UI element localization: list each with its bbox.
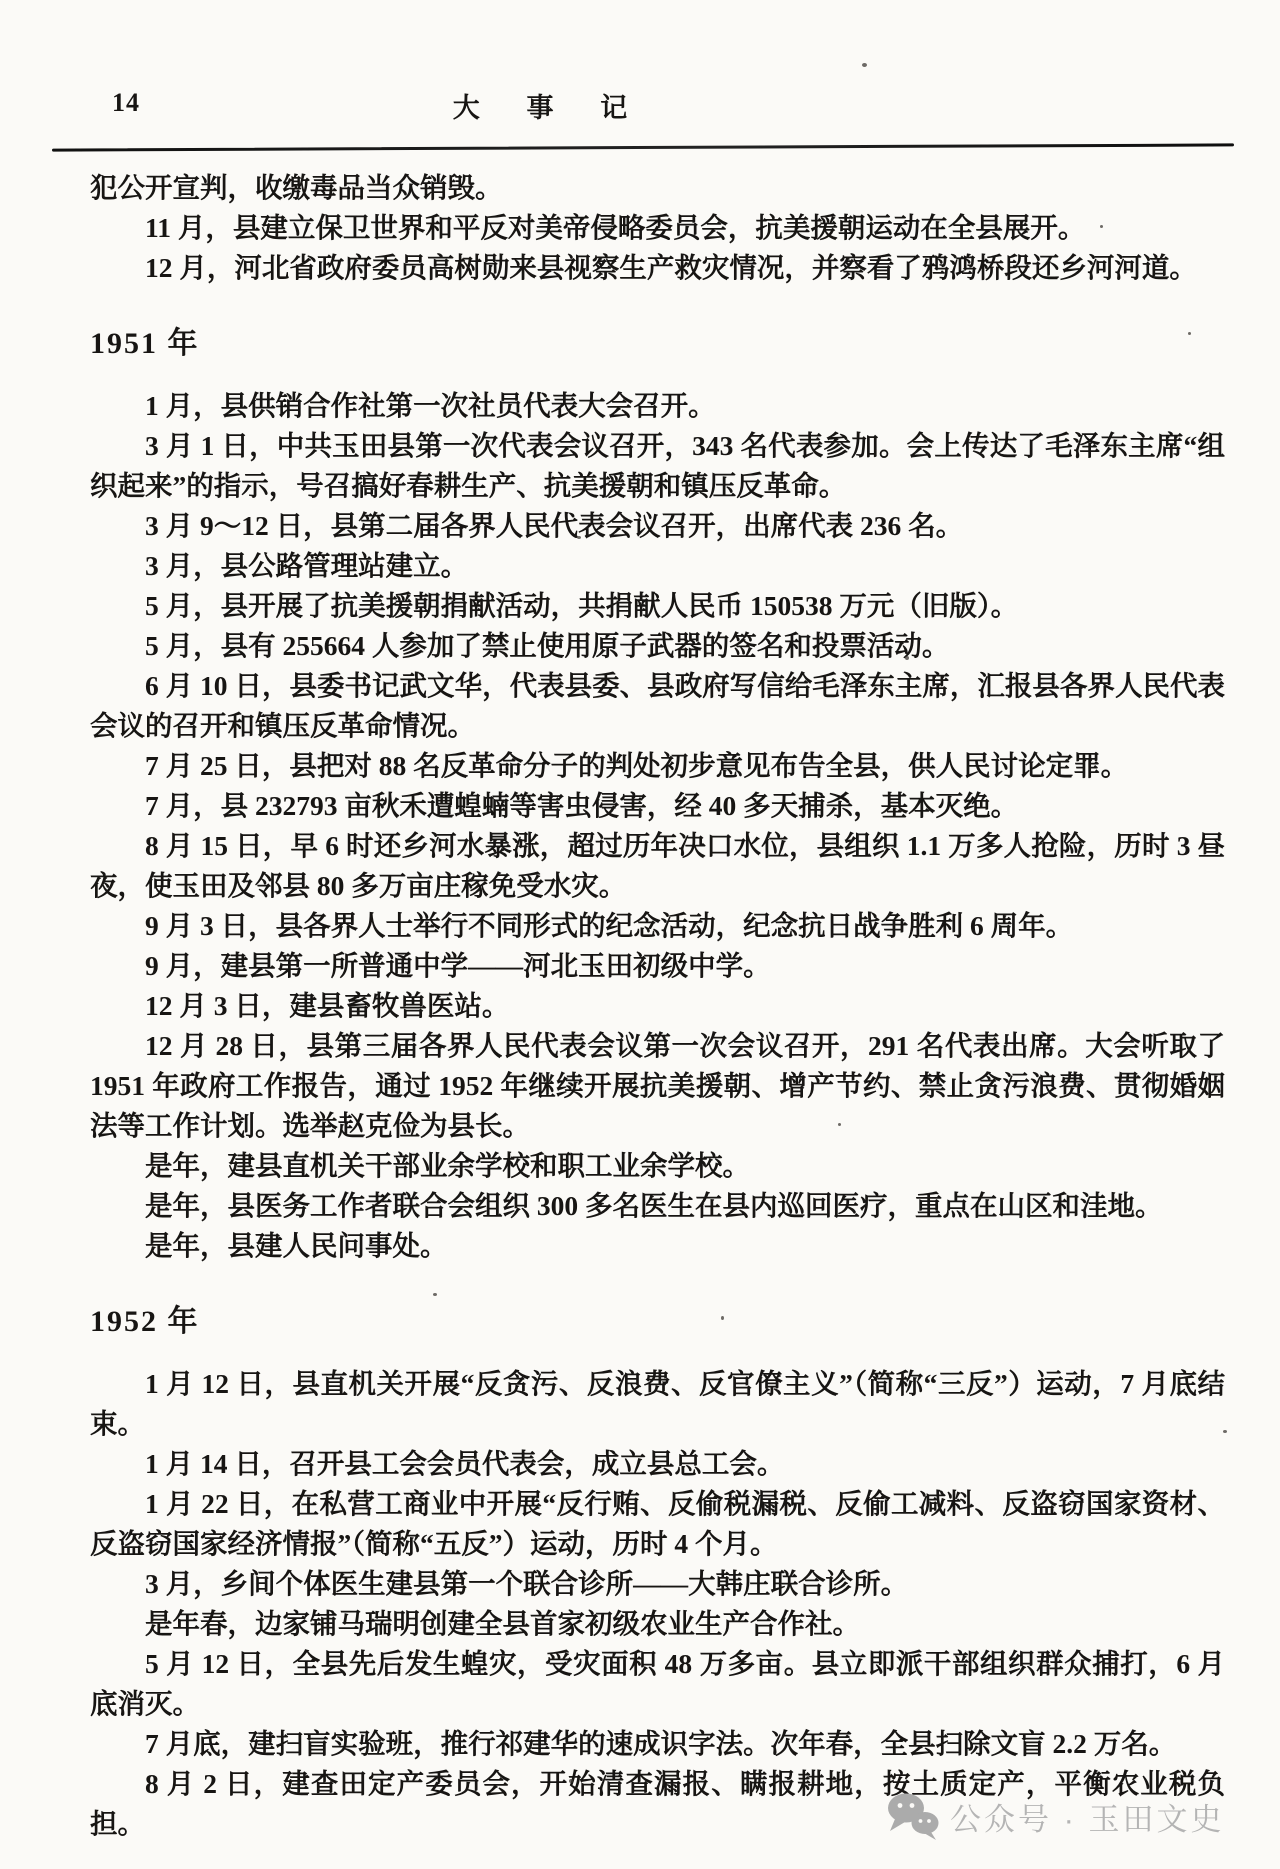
chronicle-entry: 12 月 3 日，建县畜牧兽医站。 [90, 986, 1225, 1026]
chronicle-entry: 犯公开宣判，收缴毒品当众销毁。 [90, 168, 1225, 208]
scan-speck [905, 656, 909, 660]
chronicle-entry: 5 月 12 日，全县先后发生蝗灾，受灾面积 48 万多亩。县立即派干部组织群众… [90, 1644, 1225, 1724]
chronicle-entry: 3 月，乡间个体医生建县第一个联合诊所——大韩庄联合诊所。 [90, 1564, 1225, 1604]
scan-speck [838, 1123, 841, 1126]
chronicle-entry: 9 月，建县第一所普通中学——河北玉田初级中学。 [90, 946, 1225, 986]
scan-speck [569, 1779, 573, 1783]
watermark-text: 公众号 · 玉田文史 [950, 1794, 1225, 1839]
scan-speck [721, 1316, 724, 1320]
chronicle-entry: 3 月 1 日，中共玉田县第一次代表会议召开，343 名代表参加。会上传达了毛泽… [90, 426, 1225, 506]
chronicle-entry: 是年，建县直机关干部业余学校和职工业余学校。 [90, 1146, 1225, 1186]
chronicle-entry: 3 月 9～12 日，县第二届各界人民代表会议召开，出席代表 236 名。 [90, 506, 1225, 546]
chronicle-entry: 8 月 15 日，早 6 时还乡河水暴涨，超过历年决口水位，县组织 1.1 万多… [90, 826, 1225, 906]
chronicle-entry: 11 月，县建立保卫世界和平反对美帝侵略委员会，抗美援朝运动在全县展开。 [90, 208, 1225, 248]
scan-speck [433, 1293, 437, 1296]
chronicle-entry: 1 月，县供销合作社第一次社员代表大会召开。 [90, 386, 1225, 426]
scan-speck [577, 536, 581, 539]
year-heading: 1951 年 [90, 326, 1225, 362]
chronicle-entry: 7 月，县 232793 亩秋禾遭蝗蝻等害虫侵害，经 40 多天捕杀，基本灭绝。 [90, 786, 1225, 826]
chronicle-entry: 1 月 12 日，县直机关开展“反贪污、反浪费、反官僚主义”（简称“三反”）运动… [90, 1364, 1225, 1444]
page-title: 大 事 记 [0, 86, 1190, 125]
chronicle-entry: 6 月 10 日，县委书记武文华，代表县委、县政府写信给毛泽东主席，汇报县各界人… [90, 666, 1225, 746]
scan-speck [1188, 332, 1191, 335]
chronicle-entry: 是年春，边家铺马瑞明创建全县首家初级农业生产合作社。 [90, 1604, 1225, 1644]
chronicle-entry: 12 月 28 日，县第三届各界人民代表会议第一次会议召开，291 名代表出席。… [90, 1026, 1225, 1146]
scanned-page: 14 大 事 记 犯公开宣判，收缴毒品当众销毁。11 月，县建立保卫世界和平反对… [0, 0, 1280, 1869]
scan-speck [1100, 225, 1103, 228]
chronicle-entry: 是年，县建人民问事处。 [90, 1226, 1225, 1266]
chronicle-entry: 是年，县医务工作者联合会组织 300 多名医生在县内巡回医疗，重点在山区和洼地。 [90, 1186, 1225, 1226]
chronicle-entry: 5 月，县开展了抗美援朝捐献活动，共捐献人民币 150538 万元（旧版）。 [90, 586, 1225, 626]
chronicle-body: 犯公开宣判，收缴毒品当众销毁。11 月，县建立保卫世界和平反对美帝侵略委员会，抗… [90, 168, 1225, 1844]
scan-speck [862, 63, 867, 67]
page-header: 14 大 事 记 [0, 86, 1280, 126]
chronicle-entry: 9 月 3 日，县各界人士举行不同形式的纪念活动，纪念抗日战争胜利 6 周年。 [90, 906, 1225, 946]
wechat-icon [886, 1792, 940, 1840]
chronicle-entry: 7 月 25 日，县把对 88 名反革命分子的判处初步意见布告全县，供人民讨论定… [90, 746, 1225, 786]
chronicle-entry: 3 月，县公路管理站建立。 [90, 546, 1225, 586]
scan-speck [1223, 1430, 1227, 1433]
header-rule [52, 143, 1234, 151]
chronicle-entry: 5 月，县有 255664 人参加了禁止使用原子武器的签名和投票活动。 [90, 626, 1225, 666]
watermark: 公众号 · 玉田文史 [886, 1792, 1225, 1840]
chronicle-entry: 1 月 22 日，在私营工商业中开展“反行贿、反偷税漏税、反偷工减料、反盗窃国家… [90, 1484, 1225, 1564]
chronicle-entry: 1 月 14 日，召开县工会会员代表会，成立县总工会。 [90, 1444, 1225, 1484]
chronicle-entry: 7 月底，建扫盲实验班，推行祁建华的速成识字法。次年春，全县扫除文盲 2.2 万… [90, 1724, 1225, 1764]
year-heading: 1952 年 [90, 1304, 1225, 1340]
chronicle-entry: 12 月，河北省政府委员高树勋来县视察生产救灾情况，并察看了鸦鸿桥段还乡河河道。 [90, 248, 1225, 288]
